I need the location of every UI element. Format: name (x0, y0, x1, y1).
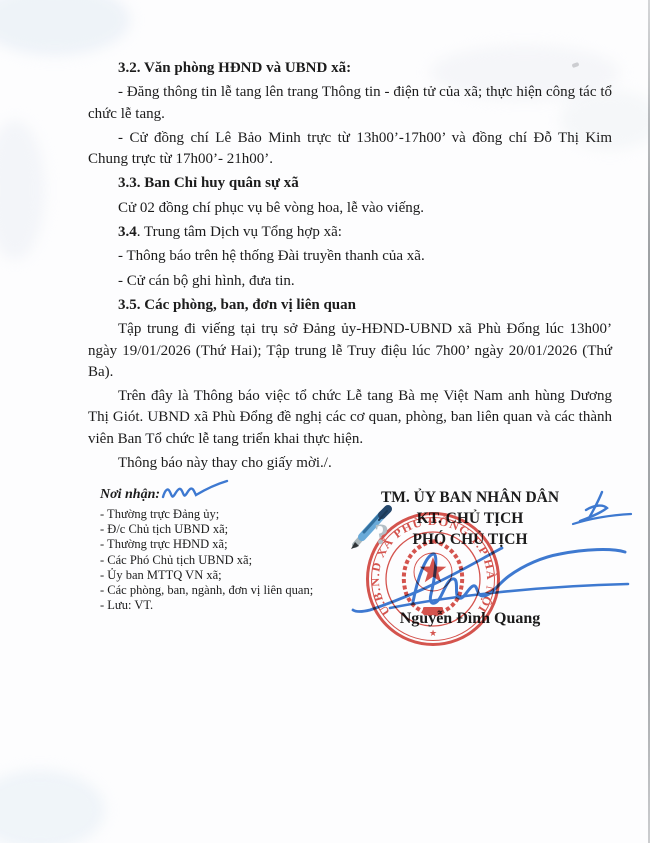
recipient-item: - Các Phó Chủ tịch UBND xã; (100, 553, 350, 568)
para-broadcast: - Thông báo trên hệ thống Đài truyền tha… (88, 246, 612, 267)
recipients-block: Nơi nhận: - Thường trực Đảng ủy; - Đ/c C… (100, 487, 350, 613)
scan-smudge (0, 770, 105, 843)
para-invitation-note: Thông báo này thay cho giấy mời./. (88, 453, 612, 474)
heading-3-4-text: . Trung tâm Dịch vụ Tổng hợp xã: (137, 224, 342, 240)
recipient-item: - Lưu: VT. (100, 598, 350, 613)
scan-smudge (0, 120, 45, 260)
recipient-item: - Các phòng, ban, ngành, đơn vị liên qua… (100, 583, 350, 598)
heading-3-4-number: 3.4 (118, 224, 137, 240)
document-body: 3.2. Văn phòng HĐND và UBND xã: - Đăng t… (88, 58, 612, 477)
heading-3-2: 3.2. Văn phòng HĐND và UBND xã: (88, 58, 612, 79)
recipient-item: - Đ/c Chủ tịch UBND xã; (100, 522, 350, 537)
recipient-item: - Thường trực HĐND xã; (100, 537, 350, 552)
para-publish-info: - Đăng thông tin lễ tang lên trang Thông… (88, 82, 612, 125)
para-visit-schedule: Tập trung đi viếng tại trụ sở Đảng ủy-HĐ… (88, 319, 612, 383)
heading-3-5: 3.5. Các phòng, ban, đơn vị liên quan (88, 295, 612, 316)
signer-name: Nguyễn Đình Quang (330, 610, 610, 628)
signing-title-pho: PHÓ CHỦ TỊCH (330, 530, 610, 551)
recipients-label: Nơi nhận: (100, 487, 350, 503)
signoff-block: TM. ỦY BAN NHÂN DÂN KT. CHỦ TỊCH PHÓ CHỦ… (330, 488, 610, 550)
recipient-item: - Ủy ban MTTQ VN xã; (100, 568, 350, 583)
heading-3-3: 3.3. Ban Chỉ huy quân sự xã (88, 173, 612, 194)
heading-3-4: 3.4. Trung tâm Dịch vụ Tổng hợp xã: (88, 222, 612, 243)
para-duty-assignment: - Cử đồng chí Lê Bảo Minh trực từ 13h00’… (88, 128, 612, 171)
para-conclusion: Trên đây là Thông báo việc tổ chức Lễ ta… (88, 386, 612, 450)
seal-center-star (420, 557, 447, 582)
recipient-item: - Thường trực Đảng ủy; (100, 507, 350, 522)
seal-bottom-star: ★ (429, 628, 437, 638)
signing-title-kt: KT. CHỦ TỊCH (330, 509, 610, 530)
para-media-staff: - Cử cán bộ ghi hình, đưa tin. (88, 271, 612, 292)
signing-authority: TM. ỦY BAN NHÂN DÂN (330, 488, 610, 509)
scan-smudge (0, 0, 130, 55)
para-wreath-duty: Cử 02 đồng chí phục vụ bê vòng hoa, lễ v… (88, 198, 612, 219)
